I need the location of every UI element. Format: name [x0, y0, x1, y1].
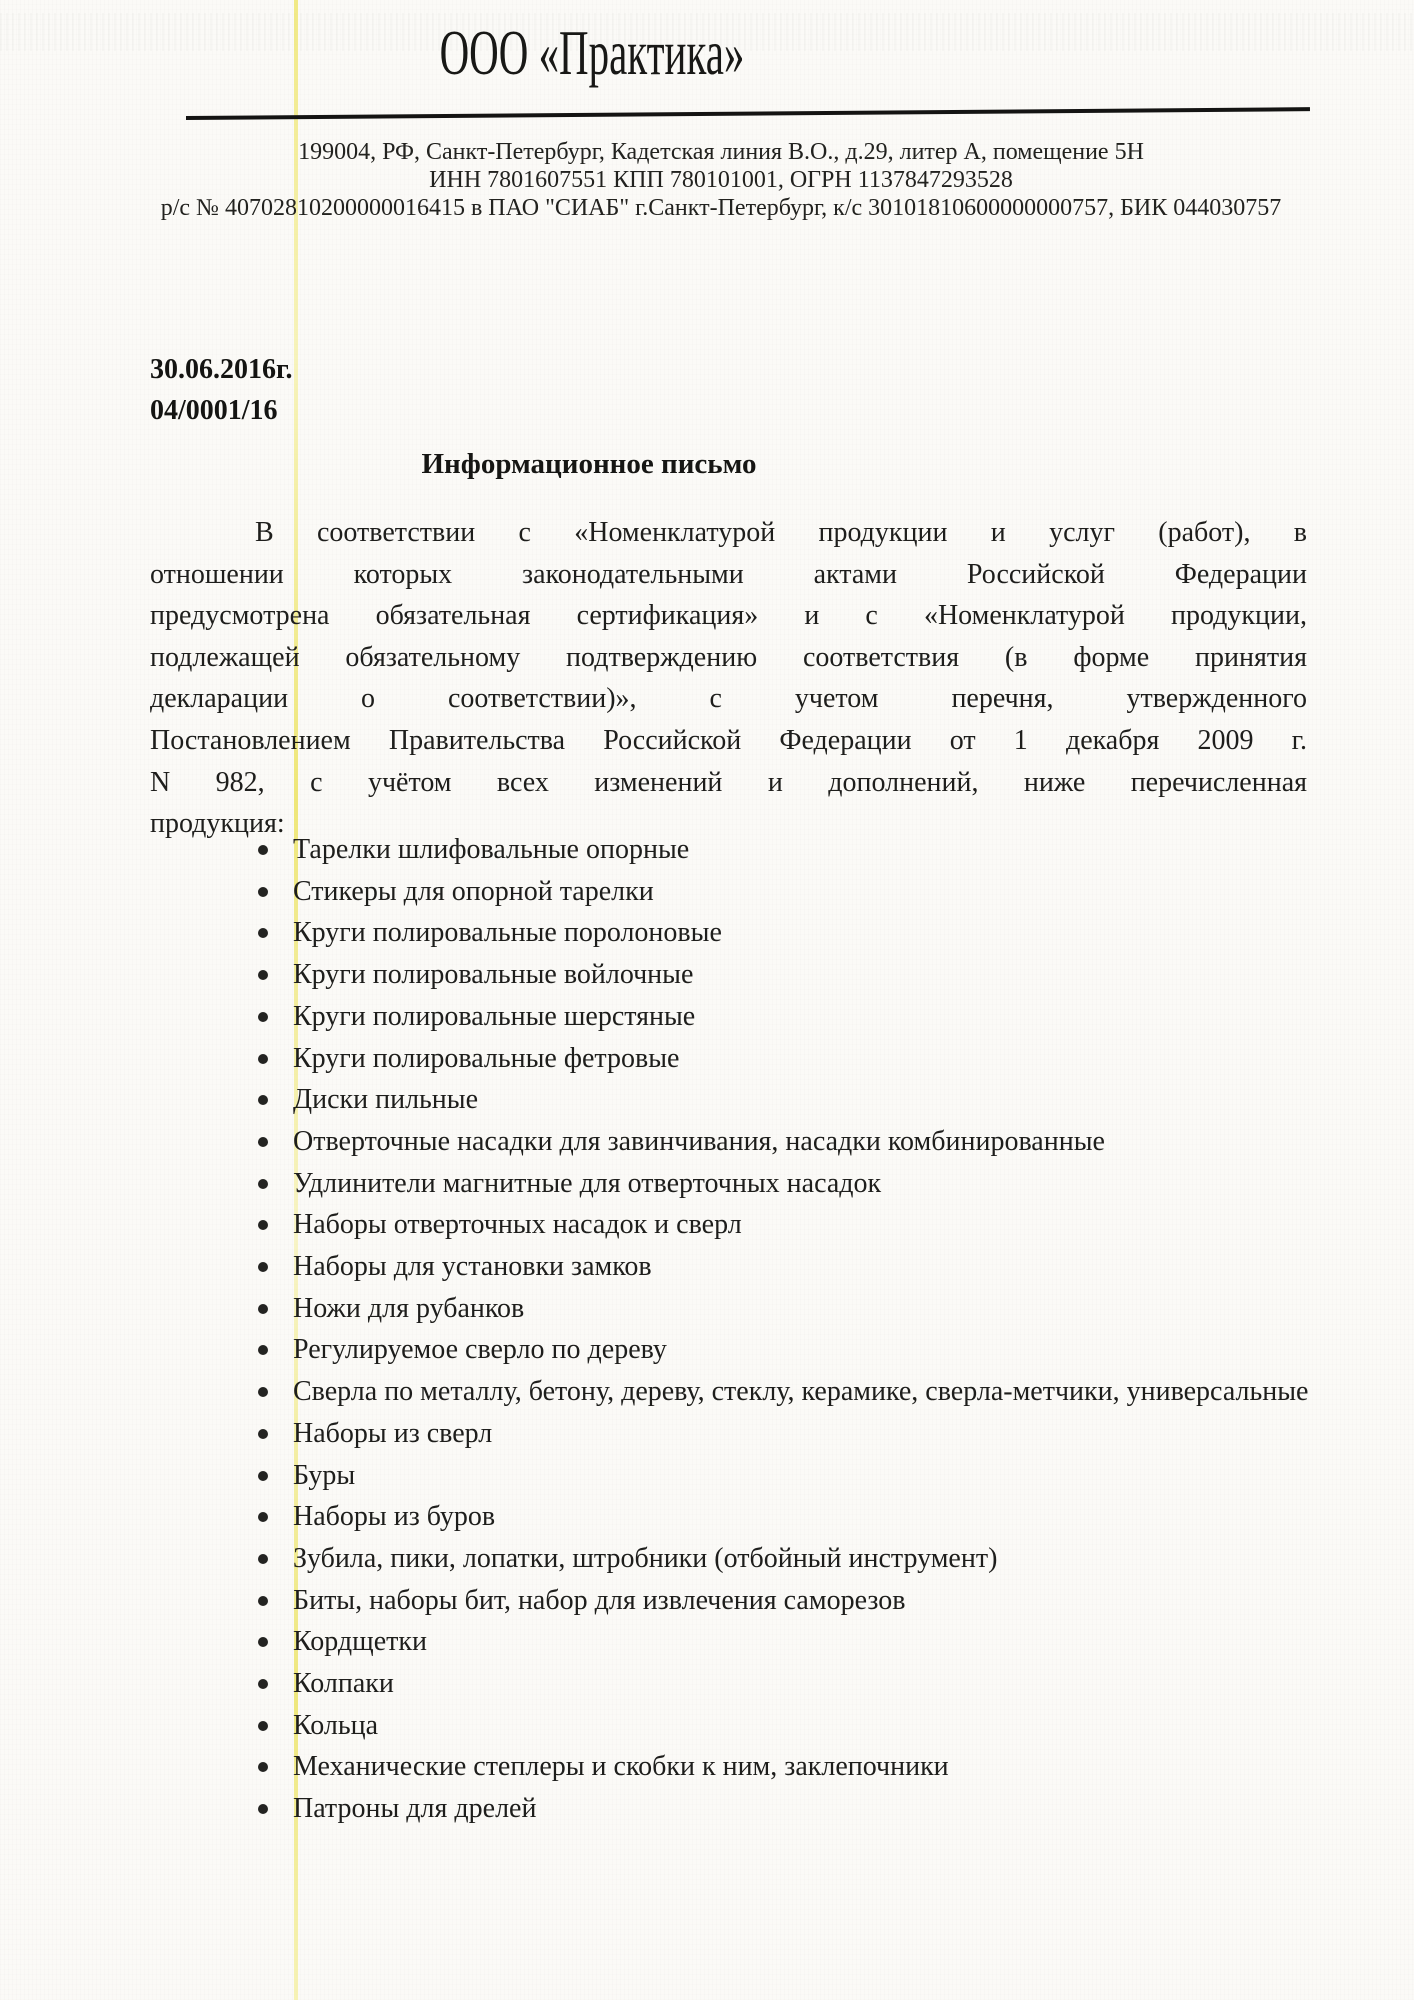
list-item: Круги полировальные шерстяные [150, 996, 1310, 1038]
list-item: Круги полировальные войлочные [150, 954, 1310, 996]
list-item: Ножи для рубанков [150, 1288, 1310, 1330]
list-item: Круги полировальные поролоновые [150, 912, 1310, 954]
list-item: Наборы отверточных насадок и сверл [150, 1204, 1310, 1246]
list-item: Сверла по металлу, бетону, дереву, стекл… [150, 1371, 1310, 1413]
list-item: Буры [150, 1455, 1310, 1497]
list-item: Круги полировальные фетровые [150, 1038, 1310, 1080]
paragraph-line: предусмотрена обязательная сертификация»… [150, 595, 1307, 637]
company-registration-line: ИНН 7801607551 КПП 780101001, ОГРН 11378… [28, 166, 1414, 194]
letter-title: Информационное письмо [0, 448, 1178, 481]
document-page: ООО «Практика» 199004, РФ, Санкт-Петербу… [0, 0, 1414, 2000]
list-item: Отверточные насадки для завинчивания, на… [150, 1121, 1310, 1163]
company-bank-details-line: р/с № 40702810200000016415 в ПАО "СИАБ" … [28, 194, 1414, 222]
company-details-block: 199004, РФ, Санкт-Петербург, Кадетская л… [28, 138, 1414, 222]
paragraph-line: подлежащей обязательному подтверждению с… [150, 637, 1307, 679]
list-item: Наборы из буров [150, 1496, 1310, 1538]
paragraph-line: декларации о соответствии)», с учетом пе… [150, 678, 1307, 720]
list-item: Регулируемое сверло по дереву [150, 1329, 1310, 1371]
list-item: Кордщетки [150, 1621, 1310, 1663]
paragraph-line: N 982, с учётом всех изменений и дополне… [150, 762, 1307, 804]
list-item: Удлинители магнитные для отверточных нас… [150, 1163, 1310, 1205]
list-item: Наборы для установки замков [150, 1246, 1310, 1288]
list-item: Патроны для дрелей [150, 1788, 1310, 1830]
paragraph-line: В соответствии с «Номенклатурой продукци… [150, 512, 1307, 554]
list-item: Стикеры для опорной тарелки [150, 871, 1310, 913]
letter-date: 30.06.2016г. [150, 349, 293, 390]
list-item: Тарелки шлифовальные опорные [150, 829, 1310, 871]
list-item: Биты, наборы бит, набор для извлечения с… [150, 1580, 1310, 1622]
header-rule [186, 107, 1310, 120]
paragraph-line: отношении которых законодательными актам… [150, 554, 1307, 596]
list-item: Механические степлеры и скобки к ним, за… [150, 1746, 1310, 1788]
list-item: Зубила, пики, лопатки, штробники (отбойн… [150, 1538, 1310, 1580]
paragraph-line: Постановлением Правительства Российской … [150, 720, 1307, 762]
intro-paragraph: В соответствии с «Номенклатурой продукци… [150, 512, 1307, 845]
list-item: Колпаки [150, 1663, 1310, 1705]
list-item: Кольца [150, 1705, 1310, 1747]
letter-number: 04/0001/16 [150, 390, 293, 431]
list-item: Диски пильные [150, 1079, 1310, 1121]
company-address-line: 199004, РФ, Санкт-Петербург, Кадетская л… [28, 138, 1414, 166]
letter-meta: 30.06.2016г. 04/0001/16 [150, 349, 293, 431]
company-name: ООО «Практика» [213, 16, 971, 90]
product-list: Тарелки шлифовальные опорные Стикеры для… [150, 829, 1310, 1830]
list-item: Наборы из сверл [150, 1413, 1310, 1455]
